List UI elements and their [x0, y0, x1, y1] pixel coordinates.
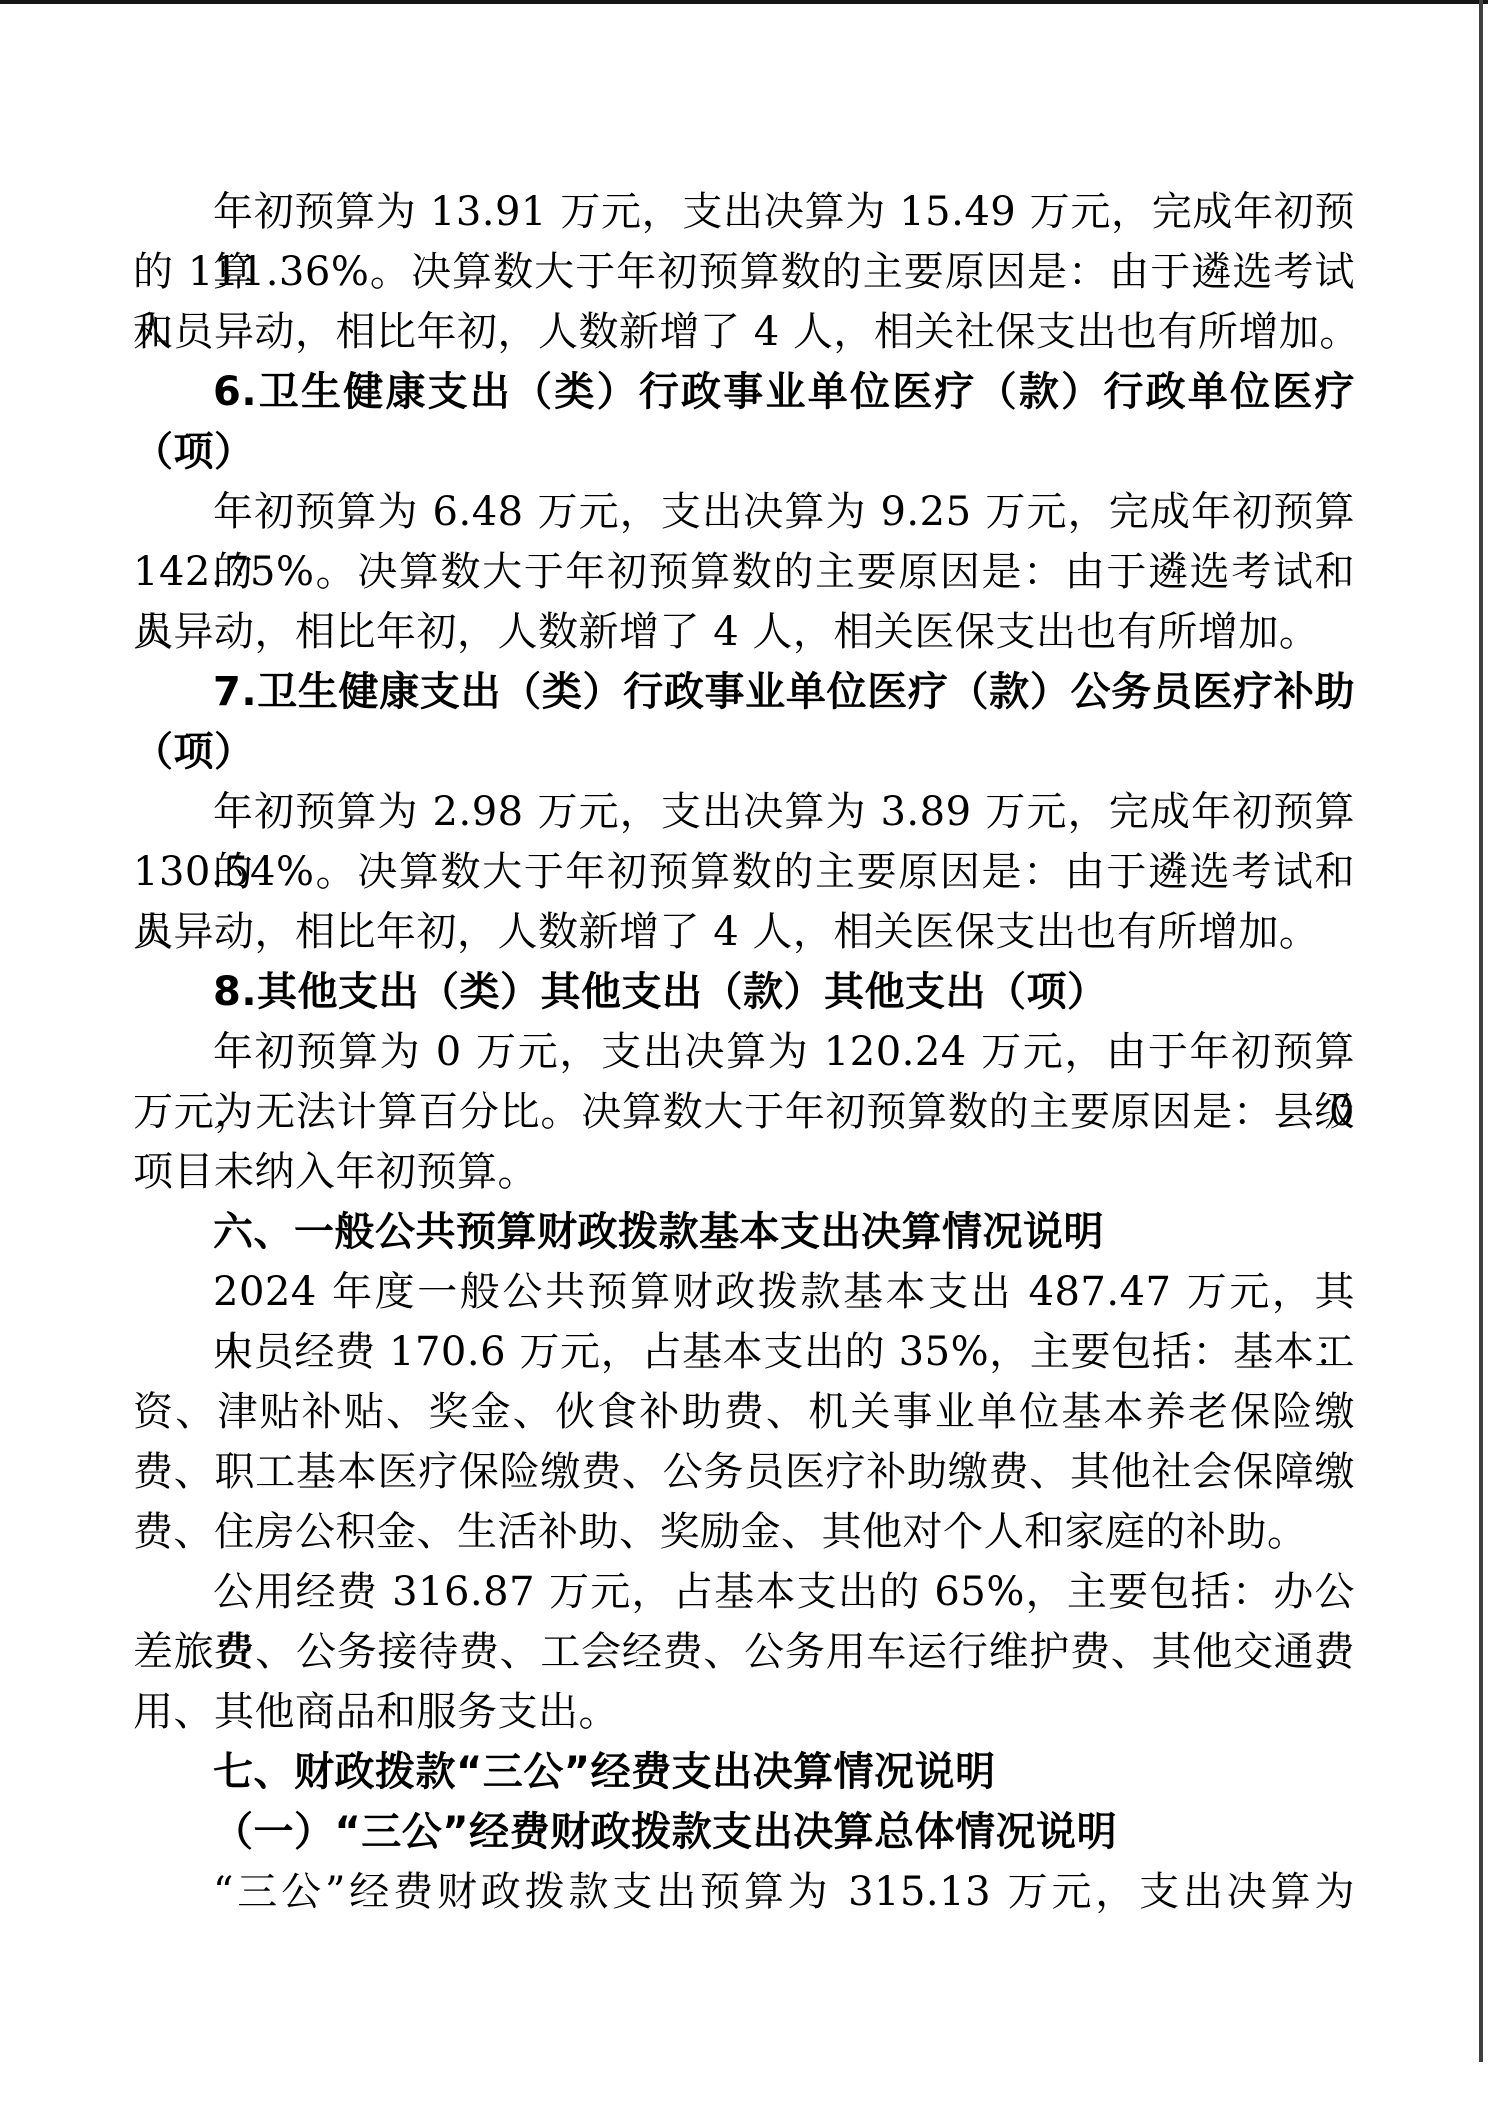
text-line: 130.54%。决算数大于年初预算数的主要原因是：由于遴选考试和人: [133, 842, 1355, 902]
text-line: 资、津贴补贴、奖金、伙食补助费、机关事业单位基本养老保险缴: [133, 1382, 1355, 1442]
text-line: 142.75%。决算数大于年初预算数的主要原因是：由于遴选考试和人: [133, 542, 1355, 602]
heading-line: 七、财政拨款“三公”经费支出决算情况说明: [133, 1742, 1355, 1802]
text-line: 费、住房公积金、生活补助、奖励金、其他对个人和家庭的补助。: [133, 1502, 1355, 1562]
document-body: 年初预算为 13.91 万元，支出决算为 15.49 万元，完成年初预算的 11…: [133, 182, 1355, 1922]
text-line: 万元，无法计算百分比。决算数大于年初预算数的主要原因是：县级: [133, 1082, 1355, 1142]
text-line: 项目未纳入年初预算。: [133, 1142, 1355, 1202]
text-line: 员异动，相比年初，人数新增了 4 人，相关医保支出也有所增加。: [133, 902, 1355, 962]
text-line: 用、其他商品和服务支出。: [133, 1682, 1355, 1742]
text-line: 员异动，相比年初，人数新增了 4 人，相关医保支出也有所增加。: [133, 602, 1355, 662]
scan-edge-top: [0, 0, 1488, 4]
text-line: 年初预算为 2.98 万元，支出决算为 3.89 万元，完成年初预算的: [133, 782, 1355, 842]
heading-line: 7.卫生健康支出（类）行政事业单位医疗（款）公务员医疗补助: [133, 662, 1355, 722]
text-line: 公用经费 316.87 万元，占基本支出的 65%，主要包括：办公费、: [133, 1562, 1355, 1622]
text-line: 费、职工基本医疗保险缴费、公务员医疗补助缴费、其他社会保障缴: [133, 1442, 1355, 1502]
text-line: 年初预算为 13.91 万元，支出决算为 15.49 万元，完成年初预算: [133, 182, 1355, 242]
heading-line: （项）: [133, 422, 1355, 482]
text-line: 的 111.36%。决算数大于年初预算数的主要原因是：由于遴选考试和: [133, 242, 1355, 302]
text-line: 年初预算为 6.48 万元，支出决算为 9.25 万元，完成年初预算的: [133, 482, 1355, 542]
heading-line: （项）: [133, 722, 1355, 782]
text-line: 2024 年度一般公共预算财政拨款基本支出 487.47 万元，其中：: [133, 1262, 1355, 1322]
text-line: 年初预算为 0 万元，支出决算为 120.24 万元，由于年初预算为 0: [133, 1022, 1355, 1082]
heading-line: 8.其他支出（类）其他支出（款）其他支出（项）: [133, 962, 1355, 1022]
heading-line: （一）“三公”经费财政拨款支出决算总体情况说明: [133, 1802, 1355, 1862]
text-line: “三公”经费财政拨款支出预算为 315.13 万元，支出决算为: [133, 1862, 1355, 1922]
heading-line: 六、一般公共预算财政拨款基本支出决算情况说明: [133, 1202, 1355, 1262]
heading-line: 6.卫生健康支出（类）行政事业单位医疗（款）行政单位医疗: [133, 362, 1355, 422]
text-line: 人员经费 170.6 万元，占基本支出的 35%，主要包括：基本工: [133, 1322, 1355, 1382]
text-line: 人员异动，相比年初，人数新增了 4 人，相关社保支出也有所增加。: [133, 302, 1355, 362]
text-line: 差旅费、公务接待费、工会经费、公务用车运行维护费、其他交通费: [133, 1622, 1355, 1682]
document-page: 年初预算为 13.91 万元，支出决算为 15.49 万元，完成年初预算的 11…: [0, 0, 1488, 2104]
scan-edge-right: [1479, 0, 1483, 2062]
